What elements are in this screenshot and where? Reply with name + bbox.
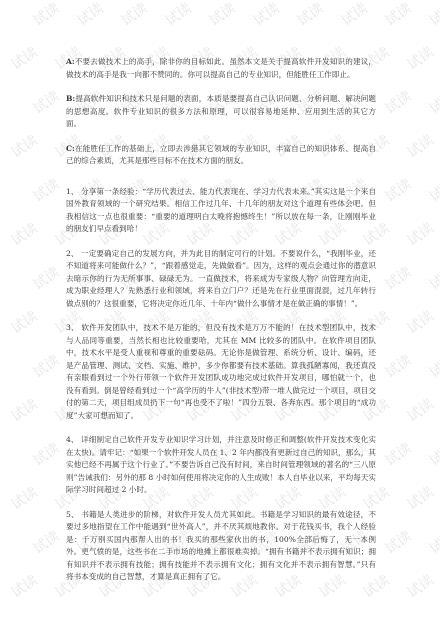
watermark-text: 试读 [381, 526, 415, 558]
watermark-text: 试读 [425, 0, 440, 30]
item-number: 1、 [66, 187, 79, 196]
document-body: A:不要去做技术上的高手，除非你的目标如此。虽然本文是关于提高软件开发知识的建议… [66, 56, 376, 596]
item-label: A: [66, 57, 75, 66]
intro-item-c: C:在能胜任工作的基础上，立即去涉猎其它领域的专业知识，丰富自己的知识体系、提高… [66, 143, 376, 168]
watermark-text: 试读 [425, 350, 440, 382]
watermark-text: 试读 [29, 174, 63, 206]
watermark-text: 试读 [381, 174, 415, 206]
item-text: 在能胜任工作的基础上，立即去涉猎其它领域的专业知识，丰富自己的知识体系、提高自己… [66, 144, 376, 166]
watermark-text: 试读 [381, 0, 415, 30]
watermark-text: 试读 [7, 42, 41, 74]
item-text: 软件开发团队中，技术不是万能的，但没有技术是万万不能的！在技术型团队中，技术与人… [66, 323, 376, 420]
item-text: 分享第一条经验：“学历代表过去、能力代表现在、学习力代表未来。”其实这是一个来自… [66, 187, 376, 234]
item-text: 详细制定自己软件开发专业知识学习计划，并注意及时修正和调整(软件开发技术变化实在… [66, 435, 376, 494]
numbered-item-4: 4、 详细制定自己软件开发专业知识学习计划，并注意及时修正和调整(软件开发技术变… [66, 434, 376, 497]
item-number: 3、 [66, 323, 79, 332]
watermark-text: 试读 [381, 438, 415, 470]
watermark-text: 试读 [29, 526, 63, 558]
watermark-text: 试读 [29, 350, 63, 382]
watermark-text: 试读 [403, 42, 437, 74]
watermark-text: 试读 [403, 394, 437, 426]
watermark-text: 试读 [73, 0, 107, 30]
numbered-item-3: 3、 软件开发团队中，技术不是万能的，但没有技术是万万不能的！在技术型团队中，技… [66, 322, 376, 422]
watermark-text: 试读 [117, 0, 151, 30]
numbered-item-2: 2、 一定要确定自己的发展方向，并为此目的制定可行的计划。不要说什么，“我刚毕业… [66, 248, 376, 311]
intro-item-a: A:不要去做技术上的高手，除非你的目标如此。虽然本文是关于提高软件开发知识的建议… [66, 56, 376, 81]
watermark-text: 试读 [381, 350, 415, 382]
item-text: 书籍是人类进步的阶梯，对软件开发人员尤其如此。书籍是学习知识的最有效途径，不要过… [66, 510, 376, 582]
watermark-text: 试读 [425, 174, 440, 206]
item-number: 2、 [66, 249, 79, 258]
watermark-text: 试读 [29, 438, 63, 470]
watermark-text: 试读 [7, 130, 41, 162]
watermark-text: 试读 [425, 86, 440, 118]
item-number: 4、 [66, 435, 79, 444]
watermark-text: 试读 [337, 0, 371, 30]
watermark-text: 试读 [403, 130, 437, 162]
watermark-text: 试读 [7, 482, 41, 514]
watermark-text: 试读 [403, 306, 437, 338]
item-label: B: [66, 94, 75, 103]
numbered-item-1: 1、 分享第一条经验：“学历代表过去、能力代表现在、学习力代表未来。”其实这是一… [66, 186, 376, 236]
intro-item-b: B:提高软件知识和技术只是问题的表面，本质是要提高自己认识问题、分析问题、解决问… [66, 93, 376, 131]
watermark-text: 试读 [7, 218, 41, 250]
item-text: 提高软件知识和技术只是问题的表面，本质是要提高自己认识问题、分析问题、解决问题的… [66, 94, 376, 128]
item-label: C: [66, 144, 75, 153]
watermark-text: 试读 [7, 394, 41, 426]
watermark-text: 试读 [293, 0, 327, 30]
watermark-text: 试读 [425, 438, 440, 470]
watermark-text: 试读 [249, 0, 283, 30]
watermark-text: 试读 [425, 526, 440, 558]
watermark-text: 试读 [205, 0, 239, 30]
watermark-text: 试读 [29, 0, 63, 30]
watermark-text: 试读 [29, 262, 63, 294]
watermark-text: 试读 [7, 306, 41, 338]
watermark-text: 试读 [29, 86, 63, 118]
watermark-text: 试读 [425, 262, 440, 294]
numbered-item-5: 5、 书籍是人类进步的阶梯，对软件开发人员尤其如此。书籍是学习知识的最有效途径，… [66, 509, 376, 584]
watermark-text: 试读 [403, 218, 437, 250]
item-text: 不要去做技术上的高手，除非你的目标如此。虽然本文是关于提高软件开发知识的建议，做… [66, 57, 376, 79]
watermark-text: 试读 [403, 482, 437, 514]
item-text: 一定要确定自己的发展方向，并为此目的制定可行的计划。不要说什么，“我刚毕业，还不… [66, 249, 376, 308]
watermark-text: 试读 [7, 570, 41, 602]
item-number: 5、 [66, 510, 79, 519]
watermark-text: 试读 [381, 262, 415, 294]
watermark-text: 试读 [161, 0, 195, 30]
watermark-text: 试读 [403, 570, 437, 602]
watermark-text: 试读 [381, 86, 415, 118]
